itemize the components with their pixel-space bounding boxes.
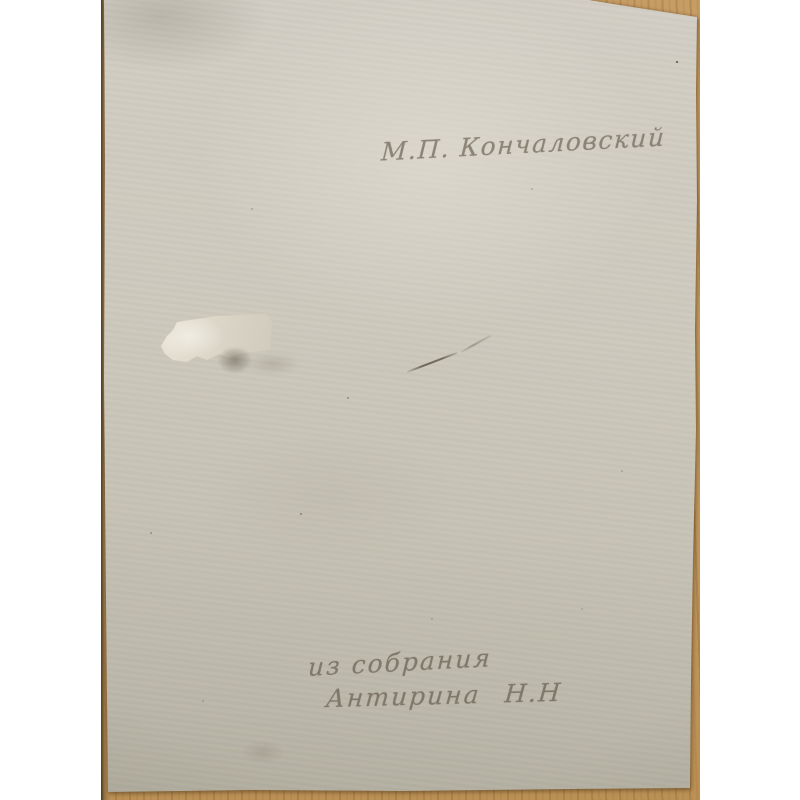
- paper-sheet-shadow: [101, 0, 700, 800]
- adhesive-smudge-haze: [243, 350, 317, 378]
- dust-specks: [101, 0, 103, 2]
- paper-sheet: [101, 0, 700, 800]
- photo-of-artwork-back: М.П. Кончаловский из собрания Антирина Н…: [101, 0, 700, 800]
- photograph-canvas: М.П. Кончаловский из собрания Антирина Н…: [0, 0, 800, 800]
